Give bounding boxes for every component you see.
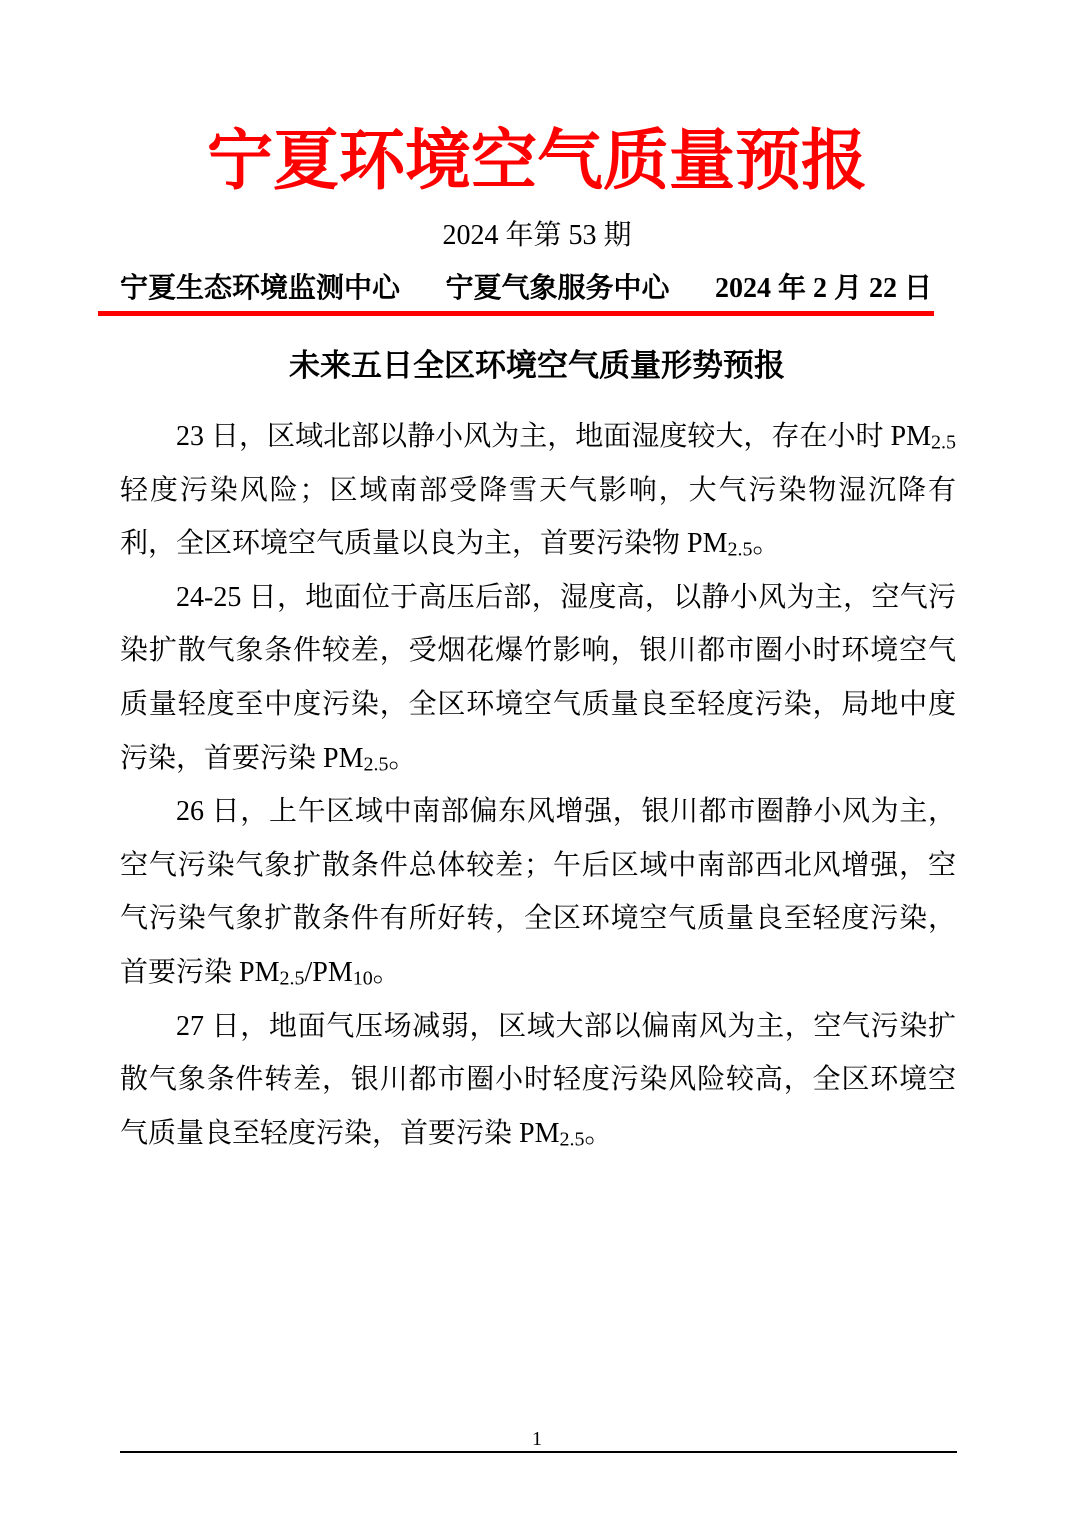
forecast-body: 23 日，区域北部以静小风为主，地面湿度较大，存在小时 PM2.5轻度污染风险；…	[120, 410, 956, 1160]
paragraph-text: 27 日，地面气压场减弱，区域大部以偏南风为主，空气污染扩散气象条件转差，银川都…	[120, 1011, 956, 1149]
paragraph-text: 24-25 日，地面位于高压后部，湿度高，以静小风为主，空气污染扩散气象条件较差…	[120, 582, 956, 774]
pollutant-subscript: 10	[353, 968, 373, 990]
pollutant-subscript: 2.5	[727, 539, 752, 561]
pollutant-subscript: 2.5	[363, 753, 388, 775]
paragraph-text: 。	[752, 528, 780, 559]
header-divider-rule	[98, 311, 934, 316]
body-paragraph: 27 日，地面气压场减弱，区域大部以偏南风为主，空气污染扩散气象条件转差，银川都…	[120, 1000, 956, 1161]
pollutant-subscript: 2.5	[931, 432, 956, 454]
org-monitoring-center: 宁夏生态环境监测中心	[120, 272, 400, 306]
org-weather-service-center: 宁夏气象服务中心	[445, 272, 669, 306]
paragraph-text: /PM	[304, 957, 352, 988]
document-title: 宁夏环境空气质量预报	[0, 122, 1074, 202]
body-paragraph: 23 日，区域北部以静小风为主，地面湿度较大，存在小时 PM2.5轻度污染风险；…	[120, 410, 956, 571]
document-page: 宁夏环境空气质量预报 2024 年第 53 期 宁夏生态环境监测中心 宁夏气象服…	[0, 0, 1074, 1520]
footer-divider-rule	[120, 1451, 957, 1453]
header-org-row: 宁夏生态环境监测中心 宁夏气象服务中心 2024 年 2 月 22 日	[120, 272, 932, 306]
paragraph-text: 。	[373, 957, 401, 988]
body-paragraph: 24-25 日，地面位于高压后部，湿度高，以静小风为主，空气污染扩散气象条件较差…	[120, 571, 956, 785]
paragraph-text: 。	[388, 743, 416, 774]
page-number: 1	[0, 1428, 1074, 1450]
section-title: 未来五日全区环境空气质量形势预报	[0, 345, 1074, 387]
body-paragraph: 26 日，上午区域中南部偏东风增强，银川都市圈静小风为主，空气污染气象扩散条件总…	[120, 785, 956, 999]
issue-date: 2024 年 2 月 22 日	[715, 272, 932, 306]
issue-number: 2024 年第 53 期	[0, 219, 1074, 253]
paragraph-text: 26 日，上午区域中南部偏东风增强，银川都市圈静小风为主，空气污染气象扩散条件总…	[120, 796, 956, 988]
paragraph-text: 23 日，区域北部以静小风为主，地面湿度较大，存在小时 PM	[176, 421, 931, 452]
pollutant-subscript: 2.5	[279, 968, 304, 990]
paragraph-text: 轻度污染风险；区域南部受降雪天气影响，大气污染物湿沉降有利，全区环境空气质量以良…	[120, 475, 956, 560]
paragraph-text: 。	[584, 1118, 612, 1149]
pollutant-subscript: 2.5	[559, 1128, 584, 1150]
